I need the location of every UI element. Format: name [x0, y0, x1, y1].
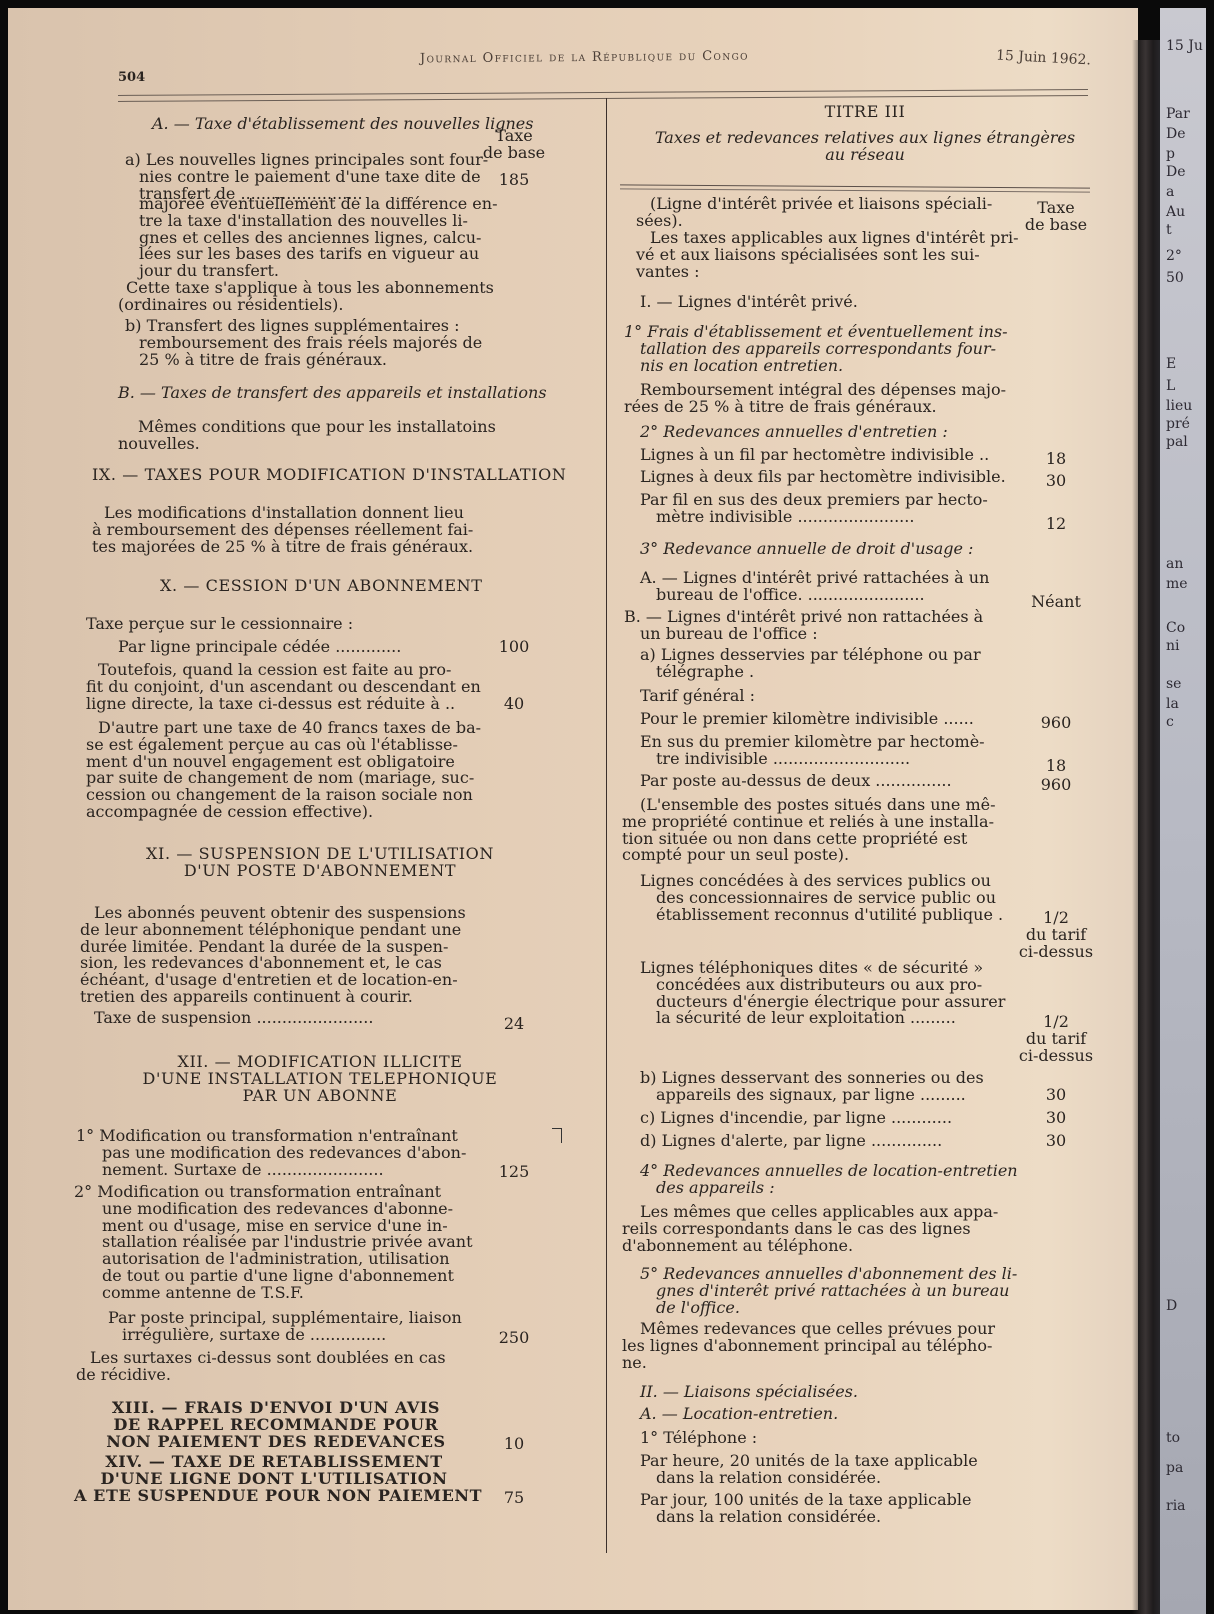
section-xi-title: XI. — SUSPENSION DE L'UTILISATIOND'UN PO… [120, 846, 520, 880]
section-xiv-title: XIV. — TAXE DE RETABLISSEMENTD'UNE LIGNE… [74, 1454, 474, 1504]
per-post-surtax: Par poste principal, supplémentaire, lia… [108, 1310, 462, 1344]
adjacent-page-fragment: la [1166, 696, 1179, 712]
item4-title: 4° Redevances annuelles de location-entr… [640, 1163, 1018, 1197]
tarif-general-label: Tarif général : [640, 688, 755, 705]
section-x-line: Par ligne principale cédée ............. [118, 639, 401, 656]
item1-title: 1° Frais d'établissement et éventuelleme… [624, 324, 1008, 374]
adjacent-page-fragment: Au [1166, 204, 1185, 220]
tax-value: 12 [1016, 516, 1096, 533]
adjacent-page-fragment: ria [1166, 1498, 1186, 1514]
item3-b-a: a) Lignes desservies par téléphone ou pa… [640, 647, 981, 681]
tax-value: 30 [1016, 473, 1096, 490]
section-x-intro: Taxe perçue sur le cessionnaire : [86, 616, 353, 633]
adjacent-page-fragment: D [1166, 1298, 1177, 1314]
item4-body: Les mêmes que celles applicables aux app… [622, 1204, 998, 1254]
item5-body: Mêmes redevances que celles prévues pour… [622, 1321, 995, 1371]
adjacent-page-fragment: 2° [1166, 248, 1182, 264]
adjacent-page-fragment: a [1166, 184, 1174, 200]
section-xiii-title: XIII. — FRAIS D'ENVOI D'UN AVISDE RAPPEL… [106, 1400, 446, 1450]
adjacent-page-fragment: L [1166, 378, 1175, 394]
tax-value: 18 [1016, 758, 1096, 775]
section-x-other: D'autre part une taxe de 40 francs taxes… [86, 720, 481, 821]
adjacent-page-fragment: me [1166, 576, 1188, 592]
section-x-title: X. — CESSION D'UN ABONNEMENT [160, 578, 482, 595]
concedees-row: Lignes concédées à des services publics … [640, 873, 1003, 923]
tarif-row: Pour le premier kilomètre indivisible ..… [640, 711, 974, 728]
column-header-taxe: Taxede base [1016, 200, 1096, 234]
journal-title: Journal Officiel de la République du Con… [420, 49, 749, 67]
tax-value: 125 [474, 1164, 554, 1181]
adjacent-page-fragment: De [1166, 164, 1186, 180]
adjacent-page-fragment: p [1166, 146, 1175, 162]
section-xi-body: Les abonnés peuvent obtenir des suspensi… [80, 905, 466, 1006]
adjacent-page-fragment: to [1166, 1430, 1180, 1446]
tax-value: 24 [474, 1016, 554, 1033]
maintenance-row: Lignes à deux fils par hectomètre indivi… [640, 469, 1006, 486]
item5-title: 5° Redevances annuelles d'abonnement des… [640, 1266, 1017, 1316]
adjacent-page-fragment: Co [1166, 620, 1185, 636]
adjacent-page-fragment: c [1166, 714, 1174, 730]
section-xii-title: XII. — MODIFICATION ILLICITED'UNE INSTAL… [120, 1054, 520, 1104]
tax-value: 30 [1016, 1110, 1096, 1127]
intro-paragraph: Les taxes applicables aux lignes d'intér… [636, 230, 1019, 280]
per-day-row: Par jour, 100 unités de la taxe applicab… [640, 1492, 972, 1526]
corner-mark [552, 1128, 562, 1143]
part-ii-a-title: A. — Location-entretien. [640, 1406, 838, 1423]
maintenance-row: Par fil en sus des deux premiers par hec… [640, 492, 988, 526]
securite-row: Lignes téléphoniques dites « de sécurité… [640, 960, 1005, 1027]
page-number: 504 [118, 70, 145, 85]
tax-value: 75 [474, 1490, 554, 1507]
item2-title: 2° Redevances annuelles d'entretien : [640, 424, 948, 441]
tarif-row: Par poste au-dessus de deux ............… [640, 773, 952, 790]
adjacent-page-fragment: De [1166, 126, 1186, 142]
intro-note: (Ligne d'intérêt privée et liaisons spéc… [636, 196, 992, 230]
part-ii-title: II. — Liaisons spécialisées. [640, 1384, 858, 1401]
adjacent-page-fragment: 50 [1166, 270, 1184, 286]
tarif-row: En sus du premier kilomètre par hectomè-… [640, 734, 985, 768]
titre-subtitle: Taxes et redevances relatives aux lignes… [620, 130, 1110, 164]
item-a-continuation: majorée éventuellement de la différence … [139, 196, 497, 280]
part-i-title: I. — Lignes d'intérêt privé. [640, 294, 858, 311]
tax-value: 250 [474, 1330, 554, 1347]
item3-title: 3° Redevance annuelle de droit d'usage : [640, 541, 973, 558]
section-xii-item1: 1° Modification ou transformation n'entr… [76, 1128, 466, 1178]
item-d-row: d) Lignes d'alerte, par ligne ..........… [640, 1133, 942, 1150]
tax-value: 40 [474, 696, 554, 713]
adjacent-page-fragment: ni [1166, 638, 1180, 654]
securite-value: 1/2du tarifci-dessus [1016, 1014, 1096, 1064]
adjacent-page-fragment: Par [1166, 106, 1190, 122]
recidive-note: Les surtaxes ci-dessus sont doublées en … [76, 1350, 446, 1384]
adjacent-page-fragment: se [1166, 676, 1181, 692]
tax-value: 960 [1016, 777, 1096, 794]
section-ix-body: Les modifications d'installation donnent… [92, 505, 473, 555]
adjacent-page-fragment: pré [1166, 416, 1190, 432]
applies-note: Cette taxe s'applique à tous les abonnem… [118, 280, 494, 314]
frame-edge [1206, 0, 1214, 1614]
tax-value: 10 [474, 1436, 554, 1453]
tax-value: 30 [1016, 1133, 1096, 1150]
suspension-fee-label: Taxe de suspension .....................… [94, 1010, 373, 1027]
section-b-title: B. — Taxes de transfert des appareils et… [118, 385, 547, 402]
adjacent-page-fragment: pal [1166, 434, 1188, 450]
per-hour-row: Par heure, 20 unités de la taxe applicab… [640, 1453, 978, 1487]
item-c-row: c) Lignes d'incendie, par ligne ........… [640, 1110, 952, 1127]
item3-b: B. — Lignes d'intérêt privé non rattaché… [624, 609, 983, 643]
column-divider [606, 98, 607, 1553]
adjacent-page: 15 JuParDepDeaAut2°50ELlieuprépalanmeCon… [1160, 8, 1206, 1614]
tax-value: 960 [1016, 715, 1096, 732]
maintenance-row: Lignes à un fil par hectomètre indivisib… [640, 447, 989, 464]
section-ix-title: IX. — TAXES POUR MODIFICATION D'INSTALLA… [92, 467, 566, 484]
item1-body: Remboursement intégral des dépenses majo… [624, 382, 1006, 416]
tax-value: 18 [1016, 451, 1096, 468]
section-x-reduced: Toutefois, quand la cession est faite au… [86, 662, 481, 712]
adjacent-page-fragment: E [1166, 356, 1176, 372]
concedees-value: 1/2du tarifci-dessus [1016, 910, 1096, 960]
item-b-text: b) Transfert des lignes supplémentaires … [125, 318, 482, 368]
adjacent-page-fragment: pa [1166, 1460, 1183, 1476]
item3-a: A. — Lignes d'intérêt privé rattachées à… [640, 570, 989, 604]
adjacent-page-fragment: lieu [1166, 398, 1192, 414]
adjacent-page-fragment: an [1166, 556, 1183, 572]
tax-value: Néant [1016, 594, 1096, 611]
tax-value: 30 [1016, 1087, 1096, 1104]
item-b-row: b) Lignes desservant des sonneries ou de… [640, 1070, 984, 1104]
section-b-body: Mêmes conditions que pour les installato… [118, 419, 496, 453]
book-gutter [1132, 40, 1162, 1614]
adjacent-page-fragment: 15 Ju [1166, 38, 1203, 54]
tax-value: 185 [474, 172, 554, 189]
section-xii-item2: 2° Modification ou transformation entraî… [74, 1184, 473, 1302]
tax-value: 100 [474, 639, 554, 656]
telephone-label: 1° Téléphone : [640, 1430, 757, 1447]
adjacent-page-fragment: t [1166, 222, 1172, 238]
ensemble-note: (L'ensemble des postes situés dans une m… [622, 797, 996, 864]
titre-heading: TITRE III [620, 104, 1110, 121]
